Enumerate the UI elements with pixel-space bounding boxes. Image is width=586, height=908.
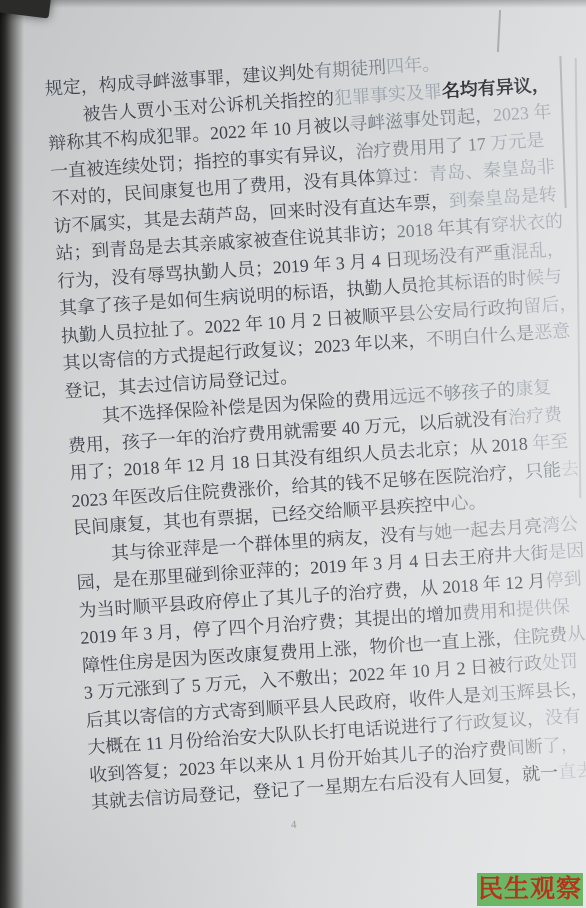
text-segment: 去 [560, 458, 579, 479]
text-segment: 刘玉辉县长， [480, 678, 586, 705]
text-segment: 抢其标语的时 [418, 268, 527, 295]
text-segment: 犯罪事实及罪 [333, 81, 442, 108]
text-segment: 处罚 [541, 651, 578, 673]
text-segment: 湾公 [541, 513, 578, 535]
text-segment: 万元是 [490, 129, 545, 152]
watermark-label: 民生观察 [478, 873, 582, 906]
text-segment: 提供保 [515, 596, 570, 619]
text-segment: 2023 年 [492, 101, 552, 125]
text-segment: 治疗费 [507, 404, 562, 427]
text-segment: 算过： [375, 164, 430, 187]
text-segment: 行政复议， [454, 708, 545, 734]
text-segment: 大街 [512, 542, 549, 564]
paper-page: 规定，构成寻衅滋事罪，建议判处有期徒刑四年。 被告人贾小玉对公诉机关指控的犯罪事… [0, 0, 586, 908]
text-segment: 现场没有严重 [402, 242, 511, 269]
text-segment: 行政 [505, 653, 542, 675]
top-shadow-edge [0, 0, 586, 8]
text-segment: 与她一起去月亮 [416, 515, 543, 543]
text-segment: 有期徒刑 [314, 57, 387, 82]
text-segment: 心。 [450, 491, 487, 513]
text-segment: 是因 [548, 540, 585, 562]
text-segment: 治疗费用用了 17 [355, 133, 491, 162]
text-segment: 到秦皇岛是转 [448, 184, 557, 211]
text-segment: 停到 [545, 568, 582, 590]
text-segment: 候与 [525, 266, 562, 288]
document-text: 规定，构成寻衅滋事罪，建议判处有期徒刑四年。 被告人贾小玉对公诉机关指控的犯罪事… [44, 43, 586, 817]
text-segment: 直去 [557, 760, 586, 782]
text-segment: 不明白什么是 [426, 323, 535, 350]
text-segment: 青岛、秦皇岛非 [429, 156, 556, 184]
text-segment: 间断 [506, 736, 543, 758]
text-segment: 名均有异议， [441, 74, 550, 101]
text-segment: 远远不够孩子的 [389, 379, 516, 407]
watermark-badge: 民生观察 [477, 873, 583, 906]
text-segment: 寻衅滋事处罚起， [349, 105, 494, 134]
text-segment: 四年。 [385, 53, 440, 76]
page-number: 4 [291, 819, 297, 831]
text-segment: 从 [566, 623, 585, 644]
text-segment: 了， [542, 733, 579, 755]
text-segment: 只能 [524, 459, 561, 481]
text-segment: 康复 [515, 377, 552, 399]
text-segment: 年至 [527, 431, 569, 454]
text-segment: 穿状衣的 [490, 211, 563, 236]
left-shadow-edge [0, 0, 24, 908]
text-segment: 2018 年其有 [396, 215, 492, 241]
text-segment: 留后， [523, 293, 578, 316]
text-segment: 费用和 [461, 600, 516, 623]
text-segment: 恶意 [533, 321, 570, 343]
text-segment: 县公安局行政拘 [397, 296, 524, 324]
text-segment: 混乱， [510, 238, 565, 261]
text-segment: 住院费 [513, 624, 568, 647]
photo-frame: 规定，构成寻衅滋事罪，建议判处有期徒刑四年。 被告人贾小玉对公诉机关指控的犯罪事… [0, 0, 586, 908]
text-segment: 没有 [544, 706, 581, 728]
